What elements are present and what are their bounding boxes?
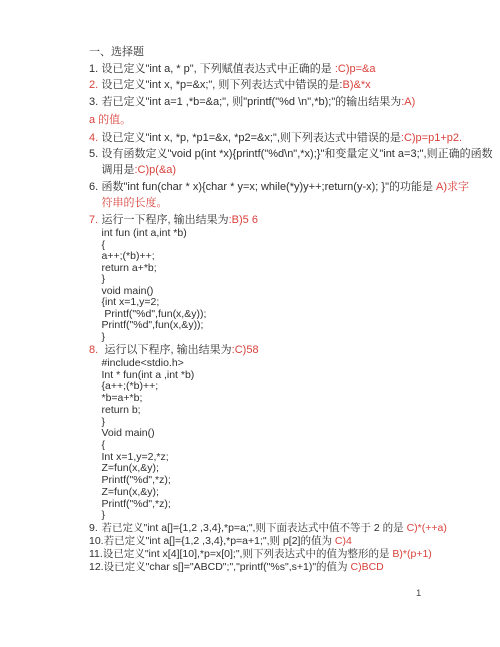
question-text: Void main() [102,427,155,439]
question-text: } [102,509,106,521]
answer-text: :C)58 [232,344,259,356]
line-content: 运行一下程序, 输出结果为:B)5 6 [102,212,258,228]
answer-text: A)求字 [436,181,469,193]
line-content: 设已定义"int a, * p", 下列赋值表达式中正确的是 :C)p=&a [102,61,376,77]
code-line: *b=a+*b; [89,393,449,405]
question-text: Z=fun(x,&y); [102,462,159,474]
item-number: 7. [89,212,102,228]
line-content: Printf("%d",*z); [102,499,171,511]
question-line: a 的值。 [89,112,449,128]
question-text: 设已定义"int x[4][10],*p=x[0];",则下列表达式中的值为整形… [103,548,393,560]
code-line: } [89,510,449,522]
item-number: 9. [89,522,102,535]
item-number: 3. [89,94,102,110]
line-content: 若已定义"int a[]={1,2 ,3,4},*p=a;",则下面表达式中值不… [102,522,447,535]
question-text: Int x=1,y=2,*z; [102,451,169,463]
question-text: void main() [102,285,154,297]
line-content: int fun (int a,int *b) [102,228,187,240]
code-line: {a++;(*b)++; [89,381,449,393]
answer-text: C)*(++a) [407,522,447,534]
code-line: return a+*b; [89,263,449,275]
page-number: 1 [416,588,421,599]
question-text: *b=a+*b; [102,392,143,404]
code-line: return b; [89,405,449,417]
scanned-document-page: { "colors": { "answer_red": "#d8423c", "… [0,0,500,647]
line-content: 调用是:C)p(&a) [102,162,177,178]
answer-text: a 的值。 [89,114,131,126]
question-text: {a++;(*b)++; [102,380,159,392]
line-content: a 的值。 [89,112,131,128]
answer-text: B)&*x [342,79,370,91]
item-number: 11. [89,548,103,561]
question-text: #include<stdio.h> [102,357,184,369]
question-text: } [102,416,106,428]
question-line: 12.设已定义"char s[]="ABCD";","printf("%s",s… [89,561,449,574]
code-line: Printf("%d",fun(x,&y)); [89,320,449,332]
question-line: 8. 运行以下程序, 输出结果为:C)58 [89,343,449,358]
line-content: 运行以下程序, 输出结果为:C)58 [102,343,259,358]
line-content: 设有函数定义"void p(int *x){printf("%d\n",*x);… [102,146,493,162]
question-text: Printf("%d",*z); [102,474,171,486]
question-text: Printf("%d",fun(x,&y)); [102,308,207,320]
question-text: {int x=1,y=2; [102,296,160,308]
line-content: 一、选择题 [89,44,144,61]
question-text: a++;(*b)++; [102,250,155,262]
question-text: 设已定义"int x, *p=&x;", 则下列表达式中错误的是: [102,79,343,91]
answer-text: :C)p=&a [335,63,376,75]
line-content: return a+*b; [102,263,157,275]
question-line: 6.函数"int fun(char * x){char * y=x; while… [89,179,449,195]
code-line: Void main() [89,428,449,440]
line-content: 函数"int fun(char * x){char * y=x; while(*… [102,179,470,195]
question-text: 运行以下程序, 输出结果为 [102,344,232,356]
question-line: 10.若已定义"int a[]={1,2 ,3,4},*p=a+1;",则 p[… [89,535,449,548]
line-content: Printf("%d",fun(x,&y)); [102,320,204,332]
question-text: 一、选择题 [89,46,144,58]
code-line: Printf("%d",*z); [89,499,449,511]
question-text: { [102,239,106,251]
item-number: 2. [89,77,102,93]
answer-text: C)BCD [350,561,383,573]
question-line: 5.设有函数定义"void p(int *x){printf("%d\n",*x… [89,146,449,162]
line-content: 设已定义"int x[4][10],*p=x[0];",则下列表达式中的值为整形… [103,548,432,561]
item-number: 10. [89,535,104,548]
question-text: 设已定义"char s[]="ABCD";","printf("%s",s+1)… [104,561,351,573]
question-text: } [102,273,106,285]
line-content: 设已定义"int x, *p=&x;", 则下列表达式中错误的是:B)&*x [102,77,371,93]
code-line: } [89,332,449,344]
question-text: return a+*b; [102,262,157,274]
question-text: } [102,331,106,343]
answer-text: :A) [401,96,415,108]
question-text: Int * fun(int a ,int *b) [102,369,195,381]
line-content: Void main() [102,428,155,440]
answer-text: :C)p=p1+p2. [401,132,462,144]
line-content: 符串的长度。 [102,195,168,211]
item-number: 8. [89,343,102,358]
question-line: 4.设已定义"int x, *p, *p1=&x, *p2=&x;",则下列表达… [89,130,449,146]
question-text: int fun (int a,int *b) [102,227,187,239]
answer-text: C)4 [335,535,352,547]
question-line: 2.设已定义"int x, *p=&x;", 则下列表达式中错误的是:B)&*x [89,77,449,93]
question-line: 调用是:C)p(&a) [89,162,449,178]
line-content: 若已定义"int a=1 ,*b=&a;", 则"printf("%d \n",… [102,94,416,110]
question-line: 9.若已定义"int a[]={1,2 ,3,4},*p=a;",则下面表达式中… [89,522,449,535]
line-content: } [102,510,106,522]
item-number: 5. [89,146,102,162]
question-text: 运行一下程序, 输出结果为 [102,214,229,226]
item-number: 1. [89,61,102,77]
exam-question-list: 一、选择题1.设已定义"int a, * p", 下列赋值表达式中正确的是 :C… [89,44,449,574]
question-line: 符串的长度。 [89,195,449,211]
item-number: 4. [89,130,102,146]
question-text: Z=fun(x,&y); [102,486,159,498]
section-heading: 一、选择题 [89,44,449,61]
question-text: Printf("%d",fun(x,&y)); [102,319,204,331]
question-text: 设已定义"int a, * p", 下列赋值表达式中正确的是 [102,63,335,75]
question-text: 若已定义"int a[]={1,2 ,3,4},*p=a+1;",则 p[2]的… [104,535,335,547]
question-line: 3.若已定义"int a=1 ,*b=&a;", 则"printf("%d \n… [89,94,449,110]
question-text: 设已定义"int x, *p, *p1=&x, *p2=&x;",则下列表达式中… [102,132,401,144]
question-text: 若已定义"int a[]={1,2 ,3,4},*p=a;",则下面表达式中值不… [102,522,407,534]
question-text: Printf("%d",*z); [102,498,171,510]
question-line: 1.设已定义"int a, * p", 下列赋值表达式中正确的是 :C)p=&a [89,61,449,77]
answer-text: B)*(p+1) [392,548,431,560]
line-content: 设已定义"char s[]="ABCD";","printf("%s",s+1)… [104,561,384,574]
line-content: 设已定义"int x, *p, *p1=&x, *p2=&x;",则下列表达式中… [102,130,463,146]
line-content: return b; [102,405,141,417]
question-text: 若已定义"int a=1 ,*b=&a;", 则"printf("%d \n",… [102,96,402,108]
code-line: int fun (int a,int *b) [89,228,449,240]
question-text: 设有函数定义"void p(int *x){printf("%d\n",*x);… [102,148,493,160]
item-number: 6. [89,179,102,195]
question-text: return b; [102,404,141,416]
question-text: 调用是 [102,164,135,176]
line-content: } [102,332,106,344]
question-line: 7.运行一下程序, 输出结果为:B)5 6 [89,212,449,228]
question-text: { [102,439,106,451]
question-line: 11.设已定义"int x[4][10],*p=x[0];",则下列表达式中的值… [89,548,449,561]
answer-text: :B)5 6 [229,214,258,226]
answer-text: :C)p(&a) [135,164,177,176]
item-number: 12. [89,561,104,574]
line-content: 若已定义"int a[]={1,2 ,3,4},*p=a+1;",则 p[2]的… [104,535,352,548]
question-text: 函数"int fun(char * x){char * y=x; while(*… [102,181,437,193]
answer-text: 符串的长度。 [102,197,168,209]
